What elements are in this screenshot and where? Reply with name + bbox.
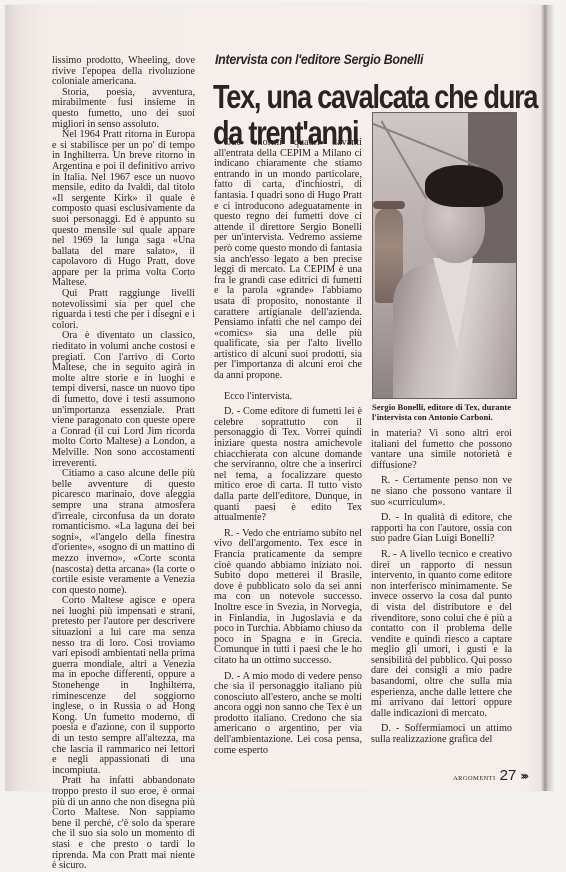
headline-line-1: Tex, una cavalcata che dura bbox=[213, 79, 467, 115]
photo-caption: Sergio Bonelli, editore di Tex, durante … bbox=[372, 402, 517, 422]
paragraph: Corto Maltese agisce e opera nei luoghi … bbox=[52, 596, 195, 776]
paragraph: Nel 1964 Pratt ritorna in Europa e si st… bbox=[52, 130, 195, 289]
question-paragraph: D. - In qualità di editore, che rapporti… bbox=[371, 513, 512, 545]
paragraph: Storia, poesia, avventura, mirabilmente … bbox=[52, 88, 195, 130]
paragraph: lissimo prodotto, Wheeling, dove rivive … bbox=[52, 56, 195, 88]
paragraph: in materia? Vi sono altri eroi italiani … bbox=[371, 429, 512, 471]
portrait-photo bbox=[372, 112, 517, 399]
article-kicker: Intervista con l'editore Sergio Bonelli bbox=[215, 52, 491, 67]
paragraph: Ora è diventato un classico, rieditato i… bbox=[52, 331, 195, 469]
column-middle: Due enormi quadri davanti all'entrata de… bbox=[214, 138, 362, 756]
question-paragraph: D. - A mio modo di vedere penso che sia … bbox=[214, 672, 362, 757]
paragraph: Qui Pratt raggiunge livelli notevolissim… bbox=[52, 289, 195, 331]
interview-lead: Ecco l'intervista. bbox=[214, 392, 362, 403]
question-paragraph: D. - Come editore di fumetti lei è celeb… bbox=[214, 407, 362, 524]
page-footer: ARGOMENTI 27 ››› bbox=[453, 767, 526, 784]
paragraph: Pratt ha infatti abbandonato troppo pres… bbox=[52, 776, 195, 800]
column-right: in materia? Vi sono altri eroi italiani … bbox=[371, 429, 512, 746]
caption-line-1: Sergio Bonelli, editore di Tex, durante bbox=[372, 402, 517, 412]
question-paragraph: D. - Soffermiamoci un attimo sulla reali… bbox=[371, 724, 512, 745]
column-left: lissimo prodotto, Wheeling, dove rivive … bbox=[52, 56, 195, 800]
intro-paragraph: Due enormi quadri davanti all'entrata de… bbox=[214, 138, 362, 382]
magazine-name: ARGOMENTI bbox=[453, 775, 496, 782]
answer-paragraph: R. - Certamente penso non ve ne siano ch… bbox=[371, 476, 512, 508]
magazine-page: lissimo prodotto, Wheeling, dove rivive … bbox=[5, 5, 553, 791]
paragraph: Citiamo a caso alcune delle più belle av… bbox=[52, 469, 195, 596]
continue-chevrons-icon: ››› bbox=[520, 769, 526, 783]
caption-line-2: l'intervista con Antonio Carboni. bbox=[372, 412, 517, 422]
answer-paragraph: R. - Vedo che entriamo subito nel vivo d… bbox=[214, 529, 362, 667]
page-number: 27 bbox=[500, 767, 517, 784]
answer-paragraph: R. - A livello tecnico e creativo direi … bbox=[371, 550, 512, 720]
